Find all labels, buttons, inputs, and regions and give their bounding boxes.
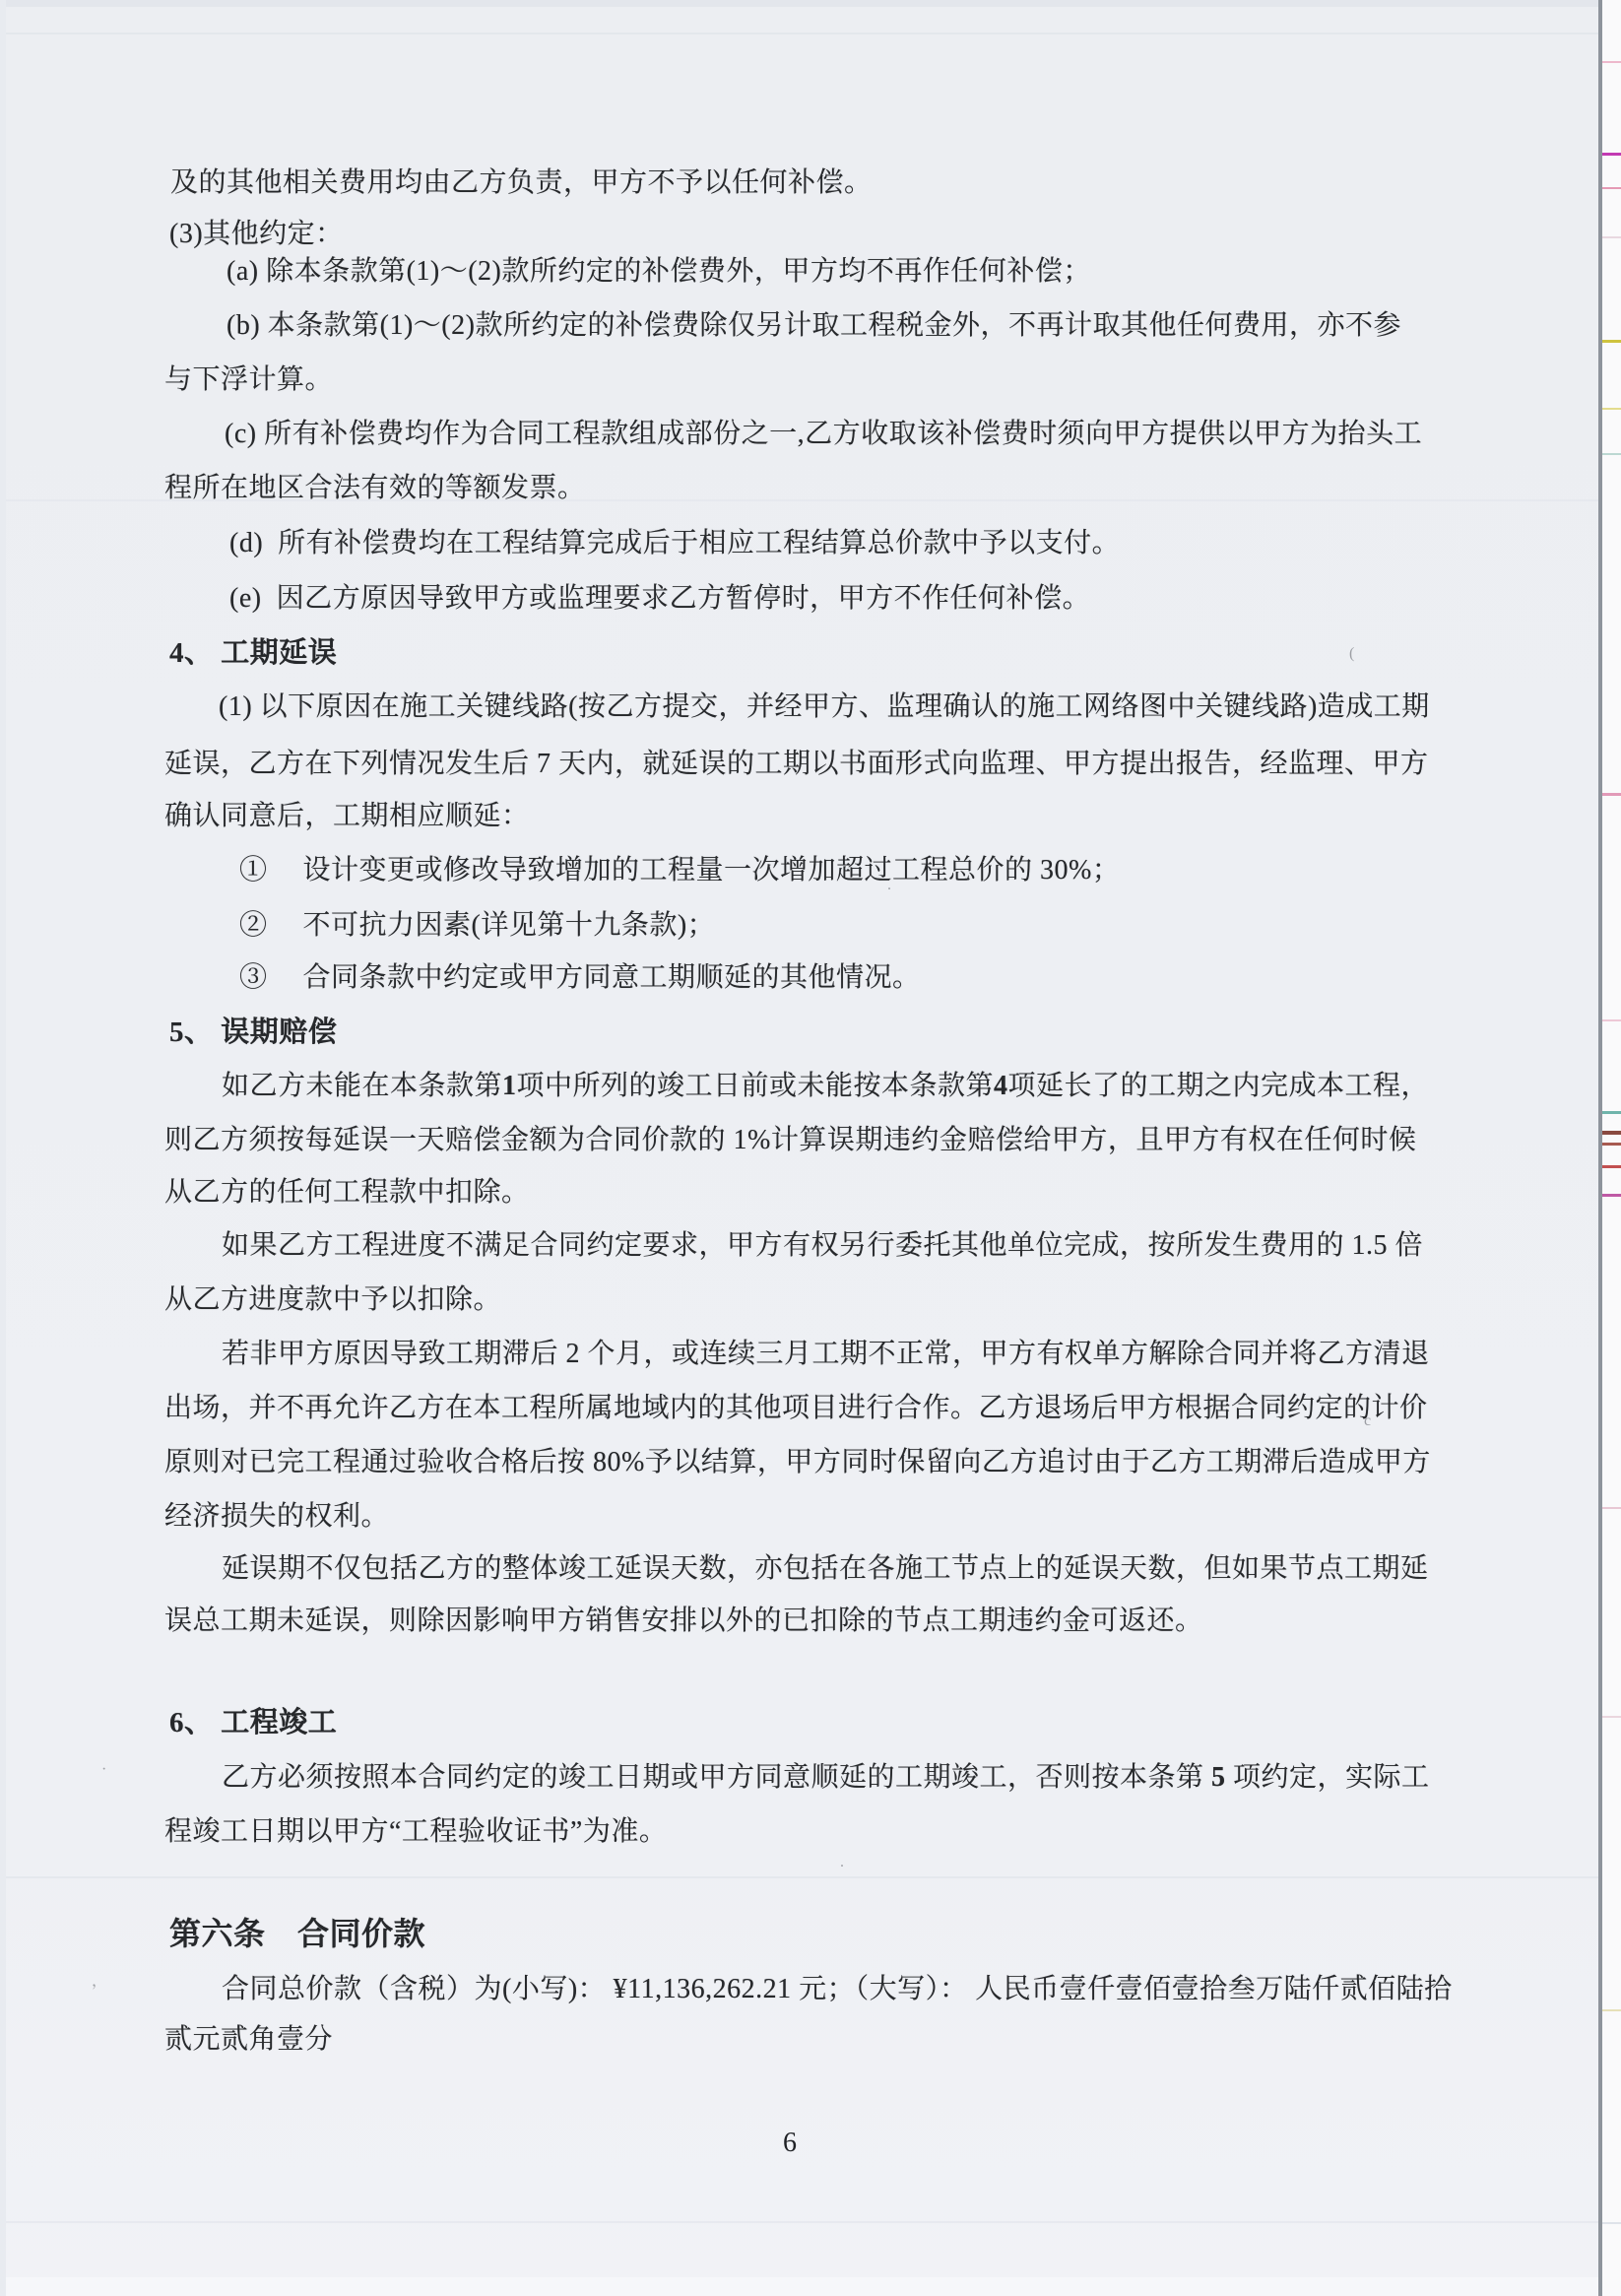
body-line: 确认同意后，工期相应顺延： xyxy=(164,801,530,832)
contract-price-line-2: 贰元贰角壹分 xyxy=(164,2024,333,2056)
body-line: 原则对已完工程通过验收合格后按 80%予以结算，甲方同时保留向乙方追讨由于乙方工… xyxy=(164,1447,1431,1478)
list-item-3: ③ 合同条款中约定或甲方同意工期顺延的其他情况。 xyxy=(239,962,921,994)
scan-line xyxy=(0,1876,1621,1878)
body-line: 及的其他相关费用均由乙方负责，甲方不予以任何补偿。 xyxy=(170,167,873,199)
body-line: 程竣工日期以甲方“工程验收证书”为准。 xyxy=(164,1816,667,1848)
scan-right-strip xyxy=(1602,0,1621,2296)
item-d: (d) 所有补偿费均在工程结算完成后于相应工程结算总价款中予以支付。 xyxy=(229,528,1120,559)
scan-bottom-edge xyxy=(0,2277,1621,2296)
scanned-contract-page: ·，(c.. 及的其他相关费用均由乙方负责，甲方不予以任何补偿。(3)其他约定：… xyxy=(0,0,1621,2296)
body-line: 从乙方的任何工程款中扣除。 xyxy=(164,1177,530,1209)
ink-speck: · xyxy=(101,1761,106,1779)
item-c: (c) 所有补偿费均作为合同工程款组成部份之一,乙方收取该补偿费时须向甲方提供以… xyxy=(225,419,1422,450)
color-streak xyxy=(1602,2222,1621,2224)
color-streak xyxy=(1602,187,1621,189)
contract-price-line: 合同总价款（含税）为(小写)： ¥11,136,262.21 元；（大写）： 人… xyxy=(222,1974,1453,2005)
color-streak xyxy=(1602,2009,1621,2011)
item-a: (a) 除本条款第(1)～(2)款所约定的补偿费外，甲方均不再作任何补偿； xyxy=(227,256,1091,288)
color-streak xyxy=(1602,408,1621,410)
color-streak xyxy=(1602,61,1621,63)
scan-line xyxy=(0,33,1621,34)
color-streak xyxy=(1602,153,1621,156)
color-streak xyxy=(1602,1165,1621,1168)
body-line: 误总工期未延误，则除因影响甲方销售安排以外的已扣除的节点工期违约金可返还。 xyxy=(164,1606,1203,1637)
color-streak xyxy=(1602,1111,1621,1114)
color-streak xyxy=(1602,340,1621,343)
color-streak xyxy=(1602,236,1621,238)
body-line: 出场，并不再允许乙方在本工程所属地域内的其他项目进行合作。乙方退场后甲方根据合同… xyxy=(164,1393,1428,1424)
section-heading-5: 5、 误期赔偿 xyxy=(169,1017,337,1049)
item-e: (e) 因乙方原因导致甲方或监理要求乙方暂停时，甲方不作任何补偿。 xyxy=(229,583,1090,615)
section-heading-4: 4、 工期延误 xyxy=(169,637,337,670)
ink-speck: ， xyxy=(92,1968,107,1991)
body-line: 如乙方未能在本条款第1项中所列的竣工日前或未能按本条款第4项延长了的工期之内完成… xyxy=(222,1071,1429,1102)
section-heading-6: 6、 工程竣工 xyxy=(169,1707,337,1739)
body-line: 则乙方须按每延误一天赔偿金额为合同价款的 1%计算误期违约金赔偿给甲方，且甲方有… xyxy=(164,1125,1416,1156)
body-line: 从乙方进度款中予以扣除。 xyxy=(164,1284,501,1316)
scan-line xyxy=(0,2221,1621,2223)
ink-speck: . xyxy=(840,1854,844,1871)
body-line: 若非甲方原因导致工期滞后 2 个月，或连续三月工期不正常，甲方有权单方解除合同并… xyxy=(222,1339,1430,1370)
color-streak xyxy=(1602,1131,1621,1135)
scan-edge-line xyxy=(1598,0,1602,2296)
clause-3-label: (3)其他约定： xyxy=(169,219,344,250)
color-streak xyxy=(1602,1194,1621,1197)
article-6-heading: 第六条 合同价款 xyxy=(169,1916,425,1952)
ink-speck: ( xyxy=(1349,645,1354,663)
body-line: 延误，乙方在下列情况发生后 7 天内，就延误的工期以书面形式向监理、甲方提出报告… xyxy=(164,749,1429,780)
color-streak xyxy=(1602,1716,1621,1718)
color-streak xyxy=(1602,1143,1621,1146)
body-line: 程所在地区合法有效的等额发票。 xyxy=(164,473,586,504)
body-line: 延误期不仅包括乙方的整体竣工延误天数，亦包括在各施工节点上的延误天数，但如果节点… xyxy=(222,1553,1429,1585)
body-line: 经济损失的权利。 xyxy=(164,1501,389,1533)
color-streak xyxy=(1602,1507,1621,1509)
color-streak xyxy=(1602,453,1621,455)
body-line: 与下浮计算。 xyxy=(164,364,333,396)
color-streak xyxy=(1602,1019,1621,1021)
list-item-2: ② 不可抗力因素(详见第十九条款)； xyxy=(239,910,715,942)
color-streak xyxy=(1602,793,1621,796)
scan-left-edge xyxy=(0,0,6,2296)
list-item-1: ① 设计变更或修改导致增加的工程量一次增加超过工程总价的 30%； xyxy=(239,855,1120,886)
item-b: (b) 本条款第(1)～(2)款所约定的补偿费除仅另计取工程税金外，不再计取其他… xyxy=(227,310,1401,342)
body-line: (1) 以下原因在施工关键线路(按乙方提交，并经甲方、监理确认的施工网络图中关键… xyxy=(219,691,1430,723)
scan-top-edge xyxy=(0,0,1621,7)
body-line: 乙方必须按照本合同约定的竣工日期或甲方同意顺延的工期竣工，否则按本条第 5 项约… xyxy=(222,1762,1430,1794)
body-line: 如果乙方工程进度不满足合同约定要求，甲方有权另行委托其他单位完成，按所发生费用的… xyxy=(222,1230,1423,1262)
page-number: 6 xyxy=(783,2128,797,2159)
